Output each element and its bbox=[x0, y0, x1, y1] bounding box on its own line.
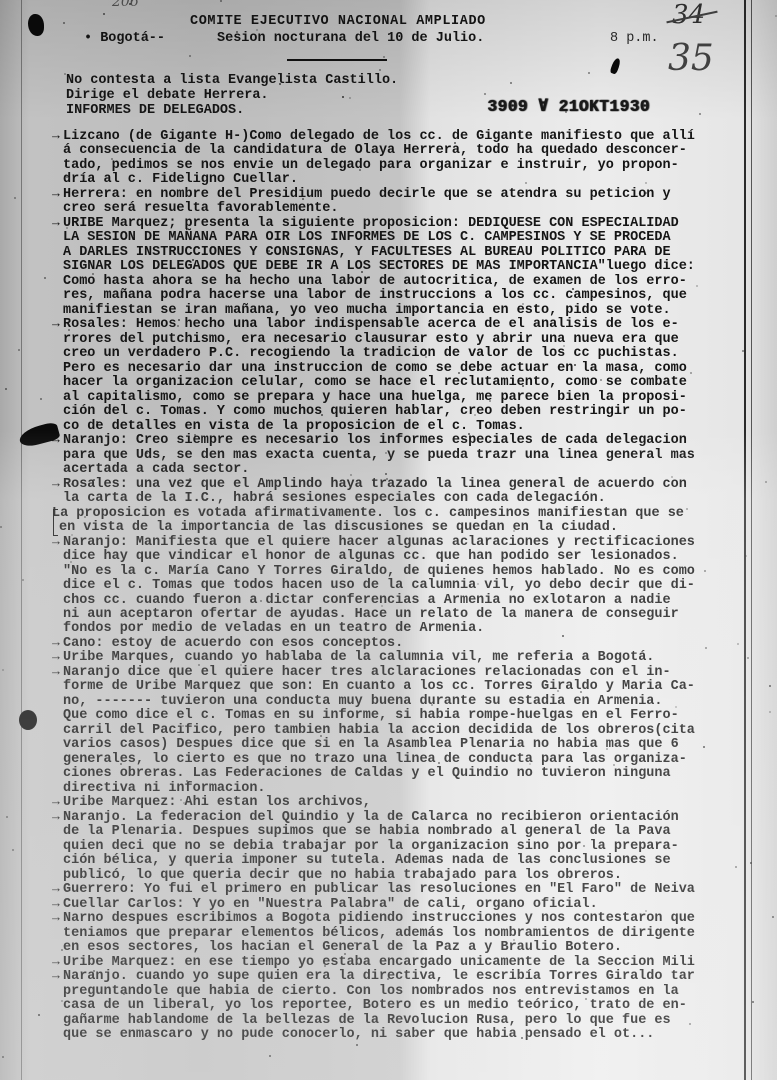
text-line: Rosales: Hemos hecho una labor indispens… bbox=[52, 318, 772, 332]
text-line: no, ------- tuvieron una conducta muy bu… bbox=[52, 695, 772, 709]
scan-speck bbox=[98, 786, 100, 788]
scan-speck bbox=[96, 421, 98, 423]
text-line: en esos sectores, los hacian el General … bbox=[52, 941, 772, 955]
scan-speck bbox=[645, 192, 647, 194]
arrow-marker-icon: → bbox=[52, 795, 60, 809]
minutes-entry: →Naranjo: Creo siempre es necesario los … bbox=[52, 434, 772, 477]
text-line: Naranjo. La federacion del Quindio y la … bbox=[52, 811, 772, 825]
text-line: Uribe Marques, cuando yo hablaba de la c… bbox=[52, 651, 772, 665]
scan-speck bbox=[71, 483, 73, 485]
scan-speck bbox=[588, 72, 590, 74]
scan-speck bbox=[180, 799, 182, 801]
text-line: en vista de la importancia de las discus… bbox=[52, 521, 772, 535]
scan-speck bbox=[66, 176, 68, 178]
scan-speck bbox=[109, 408, 111, 410]
minutes-body: →Lizcano (de Gigante H-)Como delegado de… bbox=[52, 130, 772, 1043]
text-line: co de detalles en vista de la proposicio… bbox=[52, 420, 772, 434]
minutes-entry: →Rosales: una vez que el Amplindo haya t… bbox=[52, 478, 772, 507]
arrow-marker-icon: → bbox=[52, 911, 60, 925]
scan-speck bbox=[357, 934, 359, 936]
text-line: preguntandole que habia de cierto. Con l… bbox=[52, 985, 772, 999]
scan-speck bbox=[63, 22, 65, 24]
scan-speck bbox=[12, 849, 14, 851]
text-line: Narno despues escribimos a Bogota pidien… bbox=[52, 912, 772, 926]
scan-speck bbox=[435, 526, 437, 528]
scan-speck bbox=[64, 73, 66, 75]
scan-speck bbox=[611, 987, 613, 989]
scan-speck bbox=[513, 530, 515, 532]
scan-speck bbox=[0, 526, 2, 528]
document-city: • Bogotá-- bbox=[84, 31, 165, 46]
scan-speck bbox=[671, 476, 673, 478]
scan-speck bbox=[737, 643, 739, 645]
text-line: de la Plenaria. Despues supimos que se h… bbox=[52, 825, 772, 839]
title-rule bbox=[287, 59, 387, 61]
scan-speck bbox=[220, 0, 222, 2]
minutes-entry: →Guerrero: Yo fui el primero en publicar… bbox=[52, 883, 772, 897]
scan-speck bbox=[123, 993, 125, 995]
text-line: que se enmascaro y no pude conocerlo, ni… bbox=[52, 1028, 772, 1042]
text-line: Cuellar Carlos: Y yo en "Nuestra Palabra… bbox=[52, 898, 772, 912]
scan-speck bbox=[507, 146, 509, 148]
scan-speck bbox=[214, 380, 216, 382]
scan-speck bbox=[322, 537, 324, 539]
minutes-entry: →Naranjo: Manifiesta que el quiere hacer… bbox=[52, 536, 772, 637]
scan-speck bbox=[71, 534, 73, 536]
scan-speck bbox=[192, 259, 194, 261]
scan-speck bbox=[103, 13, 105, 15]
arrow-marker-icon: → bbox=[52, 535, 60, 549]
scan-speck bbox=[580, 691, 582, 693]
minutes-entry: →Naranjo. cuando yo supe quien era la di… bbox=[52, 970, 772, 1042]
scan-speck bbox=[93, 970, 95, 972]
scan-speck bbox=[747, 657, 749, 659]
text-line: al capitalismo, como se prepara y hace u… bbox=[52, 391, 772, 405]
text-line: res, mañana podra hacerse una labor de i… bbox=[52, 289, 772, 303]
text-line: Lizcano (de Gigante H-)Como delegado de … bbox=[52, 130, 772, 144]
scan-speck bbox=[321, 414, 323, 416]
scan-speck bbox=[557, 690, 559, 692]
punch-hole bbox=[19, 710, 37, 730]
scan-speck bbox=[87, 354, 89, 356]
scan-speck bbox=[189, 55, 191, 57]
document-time: 8 p.m. bbox=[610, 31, 659, 46]
scan-speck bbox=[385, 452, 387, 454]
minutes-entry: →Naranjo dice que el quiere hacer tres a… bbox=[52, 666, 772, 796]
text-line: SIGNAR LOS DELEGADOS QUE DEBE IR A LOS S… bbox=[52, 260, 772, 274]
scan-speck bbox=[431, 704, 433, 706]
arrow-marker-icon: → bbox=[52, 665, 60, 679]
scan-speck bbox=[183, 802, 185, 804]
text-line: Como hasta ahora se ha hecho una labor d… bbox=[52, 275, 772, 289]
scan-speck bbox=[66, 227, 68, 229]
text-line: "No es la c. María Cano Y Torres Giraldo… bbox=[52, 565, 772, 579]
scan-speck bbox=[2, 1056, 4, 1058]
prelude-line: INFORMES DE DELEGADOS. bbox=[66, 103, 398, 118]
scan-speck bbox=[236, 31, 238, 33]
scan-speck bbox=[61, 949, 63, 951]
scan-speck bbox=[382, 248, 384, 250]
text-line: LA SESION DE MAÑANA PARA OIR LOS INFORME… bbox=[52, 231, 772, 245]
arrow-marker-icon: → bbox=[52, 969, 60, 983]
scan-speck bbox=[349, 97, 351, 99]
minutes-entry: →Uribe Marques, cuando yo hablaba de la … bbox=[52, 651, 772, 665]
text-line: manifiestan se iran mañana, yo veo mucha… bbox=[52, 304, 772, 318]
scan-speck bbox=[132, 859, 134, 861]
scan-speck bbox=[129, 3, 131, 5]
arrow-marker-icon: → bbox=[52, 433, 60, 447]
text-line: creo un verdadero P.C. recogiendo la tra… bbox=[52, 347, 772, 361]
scan-speck bbox=[563, 345, 565, 347]
handwritten-page-number: 35 bbox=[668, 38, 714, 79]
minutes-entry: →Narno despues escribimos a Bogota pidie… bbox=[52, 912, 772, 955]
scan-speck bbox=[194, 434, 196, 436]
scan-speck bbox=[120, 763, 122, 765]
text-line: Naranjo: Creo siempre es necesario los i… bbox=[52, 434, 772, 448]
scan-speck bbox=[513, 939, 515, 941]
scan-speck bbox=[413, 570, 415, 572]
scan-speck bbox=[18, 349, 20, 351]
scan-speck bbox=[675, 706, 677, 708]
text-line: Naranjo dice que el quiere hacer tres al… bbox=[52, 666, 772, 680]
text-line: ción del c. Tomas. Y como muchos quieren… bbox=[52, 405, 772, 419]
scan-speck bbox=[572, 288, 574, 290]
scan-speck bbox=[70, 561, 72, 563]
scan-speck bbox=[769, 711, 771, 713]
scan-speck bbox=[562, 635, 564, 637]
scan-speck bbox=[585, 998, 587, 1000]
scan-speck bbox=[442, 986, 444, 988]
scan-speck bbox=[320, 337, 322, 339]
scan-speck bbox=[529, 763, 531, 765]
scan-speck bbox=[474, 414, 476, 416]
scan-speck bbox=[576, 492, 578, 494]
scan-speck bbox=[177, 325, 179, 327]
arrow-marker-icon: → bbox=[52, 810, 60, 824]
scan-speck bbox=[178, 319, 180, 321]
text-line: ni aun aceptaron ofertar de ayudas. Hace… bbox=[52, 608, 772, 622]
text-line: quien deci que no se debia trabajar por … bbox=[52, 840, 772, 854]
scan-speck bbox=[357, 557, 359, 559]
minutes-entry: →URIBE Marquez; presenta la siguiente pr… bbox=[52, 217, 772, 318]
scan-speck bbox=[279, 83, 281, 85]
scan-speck bbox=[583, 845, 585, 847]
scan-speck bbox=[341, 407, 343, 409]
scan-speck bbox=[477, 583, 479, 585]
text-line: Naranjo: Manifiesta que el quiere hacer … bbox=[52, 536, 772, 550]
scan-speck bbox=[92, 273, 94, 275]
scan-speck bbox=[260, 600, 262, 602]
scan-speck bbox=[189, 478, 191, 480]
scan-speck bbox=[364, 135, 366, 137]
arrow-marker-icon: → bbox=[52, 636, 60, 650]
handwritten-note: 206 bbox=[112, 0, 139, 10]
scan-speck bbox=[302, 198, 304, 200]
text-line: Que como dice el c. Tomas en su informe,… bbox=[52, 709, 772, 723]
text-line: ción bélica, y queria imponer su tutela.… bbox=[52, 854, 772, 868]
scan-speck bbox=[742, 350, 744, 352]
text-line: dice hay que vindicar el honor de alguna… bbox=[52, 550, 772, 564]
scan-speck bbox=[458, 372, 460, 374]
scan-speck bbox=[106, 177, 108, 179]
scan-speck bbox=[703, 746, 705, 748]
text-line: hacer la organizacion celular, como se h… bbox=[52, 376, 772, 390]
scan-speck bbox=[6, 816, 8, 818]
text-line: Pero es necesario dar una instruccion de… bbox=[52, 362, 772, 376]
scan-speck bbox=[522, 385, 524, 387]
minutes-entry: →Naranjo. La federacion del Quindio y la… bbox=[52, 811, 772, 883]
scan-speck bbox=[689, 1023, 691, 1025]
scan-speck bbox=[354, 942, 356, 944]
scan-speck bbox=[176, 610, 178, 612]
text-line: A DARLES INSTRUCCIONES Y CONSIGNAS, Y FA… bbox=[52, 246, 772, 260]
scan-speck bbox=[22, 579, 24, 581]
arrow-marker-icon: → bbox=[52, 187, 60, 201]
document-title: COMITE EJECUTIVO NACIONAL AMPLIADO bbox=[190, 14, 486, 29]
text-line: Cano: estoy de acuerdo con esos concepto… bbox=[52, 637, 772, 651]
prelude-line: No contesta a lista Evangelista Castillo… bbox=[66, 73, 398, 88]
prelude: No contesta a lista Evangelista Castillo… bbox=[66, 73, 398, 118]
text-line: Naranjo. cuando yo supe quien era la dir… bbox=[52, 970, 772, 984]
scan-speck bbox=[752, 1001, 754, 1003]
scan-speck bbox=[735, 866, 737, 868]
scan-speck bbox=[510, 82, 512, 84]
scan-speck bbox=[385, 473, 387, 475]
scan-speck bbox=[699, 113, 701, 115]
text-line: gañarme hablandome de la bellezas de la … bbox=[52, 1014, 772, 1028]
arrow-marker-icon: → bbox=[52, 216, 60, 230]
scan-speck bbox=[525, 182, 527, 184]
scan-speck bbox=[210, 827, 212, 829]
minutes-entry: →Lizcano (de Gigante H-)Como delegado de… bbox=[52, 130, 772, 188]
scan-speck bbox=[772, 916, 774, 918]
scan-speck bbox=[44, 277, 46, 279]
scan-speck bbox=[522, 303, 524, 305]
text-line: creo será resuelta favorablemente. bbox=[52, 202, 772, 216]
scan-speck bbox=[387, 978, 389, 980]
scan-speck bbox=[359, 169, 361, 171]
text-line: generales, lo cierto es que no trazo una… bbox=[52, 753, 772, 767]
arrow-marker-icon: → bbox=[52, 897, 60, 911]
scan-speck bbox=[69, 380, 71, 382]
arrow-marker-icon: → bbox=[52, 477, 60, 491]
scan-speck bbox=[342, 96, 344, 98]
scan-speck bbox=[186, 780, 188, 782]
text-line: tado, pedimos se nos envie un delegado p… bbox=[52, 159, 772, 173]
scan-speck bbox=[342, 81, 344, 83]
text-line: carril del Pacifico, pero tambien habia … bbox=[52, 724, 772, 738]
scan-speck bbox=[690, 372, 692, 374]
arrow-marker-icon: → bbox=[52, 882, 60, 896]
scan-speck bbox=[182, 725, 184, 727]
scan-speck bbox=[190, 131, 192, 133]
scan-speck bbox=[319, 307, 321, 309]
scan-speck bbox=[600, 379, 602, 381]
scan-speck bbox=[574, 364, 576, 366]
text-line: directiva ni informacion. bbox=[52, 782, 772, 796]
ink-blot bbox=[28, 14, 44, 36]
scan-speck bbox=[361, 271, 363, 273]
bracket-marker-icon bbox=[53, 509, 58, 536]
scan-speck bbox=[111, 158, 113, 160]
text-line: á consecuencia de la candidatura de Olay… bbox=[52, 144, 772, 158]
scan-speck bbox=[705, 647, 707, 649]
scan-speck bbox=[438, 762, 440, 764]
scan-speck bbox=[356, 1044, 358, 1046]
scan-speck bbox=[84, 516, 86, 518]
scan-speck bbox=[686, 508, 688, 510]
scan-speck bbox=[240, 262, 242, 264]
scan-speck bbox=[256, 29, 258, 31]
scan-speck bbox=[38, 1014, 40, 1016]
text-line: rrores del putchismo, era necesario clau… bbox=[52, 333, 772, 347]
text-line: forme de Uribe Marquez que son: En cuant… bbox=[52, 680, 772, 694]
scan-speck bbox=[344, 953, 346, 955]
scan-speck bbox=[645, 182, 647, 184]
text-line: ciones obreras. Las Federaciones de Cald… bbox=[52, 767, 772, 781]
text-line: la carta de la I.C., habrá sesiones espe… bbox=[52, 492, 772, 506]
scan-speck bbox=[240, 664, 242, 666]
minutes-entry: →Herrera: en nombre del Presidium puedo … bbox=[52, 188, 772, 217]
scan-speck bbox=[769, 685, 771, 687]
text-line: Guerrero: Yo fui el primero en publicar … bbox=[52, 883, 772, 897]
scan-speck bbox=[410, 340, 412, 342]
text-line: varios casos) Despues dice que si en la … bbox=[52, 738, 772, 752]
arrow-marker-icon: → bbox=[52, 650, 60, 664]
scan-speck bbox=[381, 605, 383, 607]
scan-speck bbox=[704, 570, 706, 572]
scan-speck bbox=[40, 398, 42, 400]
text-line: Rosales: una vez que el Amplindo haya tr… bbox=[52, 478, 772, 492]
scan-speck bbox=[269, 1055, 271, 1057]
scan-speck bbox=[268, 250, 270, 252]
scan-speck bbox=[386, 478, 388, 480]
scan-speck bbox=[379, 69, 381, 71]
text-line: publicó, lo que queria decir que no habi… bbox=[52, 869, 772, 883]
scan-speck bbox=[383, 56, 385, 58]
text-line: dice el c. Tomas que todos hacen uso de … bbox=[52, 579, 772, 593]
scan-speck bbox=[645, 910, 647, 912]
text-line: teniamos que preparar elementos bélicos,… bbox=[52, 927, 772, 941]
scan-speck bbox=[613, 764, 615, 766]
scan-speck bbox=[68, 329, 70, 331]
scan-speck bbox=[320, 735, 322, 737]
ink-blot bbox=[609, 57, 621, 74]
scan-speck bbox=[146, 452, 148, 454]
text-line: Uribe Marquez: en ese tiempo yo estaba e… bbox=[52, 956, 772, 970]
scan-speck bbox=[93, 479, 95, 481]
text-line: acertada a cada sector. bbox=[52, 463, 772, 477]
scan-speck bbox=[61, 1000, 63, 1002]
scan-speck bbox=[696, 285, 698, 287]
scan-speck bbox=[5, 388, 7, 390]
scan-speck bbox=[565, 111, 567, 113]
minutes-entry: →Rosales: Hemos hecho una labor indispen… bbox=[52, 318, 772, 434]
scan-speck bbox=[307, 908, 309, 910]
text-line: para que Uds, se den mas exacta cuenta, … bbox=[52, 449, 772, 463]
scan-speck bbox=[350, 474, 352, 476]
scan-speck bbox=[425, 356, 427, 358]
scan-speck bbox=[577, 569, 579, 571]
scan-speck bbox=[14, 197, 16, 199]
minutes-entry: →Cuellar Carlos: Y yo en "Nuestra Palabr… bbox=[52, 898, 772, 912]
scan-speck bbox=[745, 555, 747, 557]
minutes-entry: →Uribe Marquez: en ese tiempo yo estaba … bbox=[52, 956, 772, 970]
scan-speck bbox=[167, 425, 169, 427]
scan-speck bbox=[484, 93, 486, 95]
text-line: casa de un liberal, yo los reportee, Bot… bbox=[52, 999, 772, 1013]
prelude-line: Dirige el debate Herrera. bbox=[66, 88, 398, 103]
text-line: fondos por medio de veladas en un teatro… bbox=[52, 622, 772, 636]
text-line: dría al c. Fideligno Cuellar. bbox=[52, 173, 772, 187]
scan-speck bbox=[606, 748, 608, 750]
scanned-document-page: 206 34 35 COMITE EJECUTIVO NACIONAL AMPL… bbox=[0, 0, 777, 1080]
text-line: Uribe Marquez: Ahi estan los archivos, bbox=[52, 796, 772, 810]
scan-speck bbox=[544, 827, 546, 829]
text-line: chos cc. cuando fueron a dictar conferen… bbox=[52, 594, 772, 608]
archive-stamp: 3909 Ɐ 21OKT1930 bbox=[487, 96, 650, 117]
scan-speck bbox=[521, 1037, 523, 1039]
minutes-entry: →Uribe Marquez: Ahi estan los archivos, bbox=[52, 796, 772, 810]
scan-speck bbox=[750, 862, 752, 864]
arrow-marker-icon: → bbox=[52, 129, 60, 143]
minutes-entry: →Cano: estoy de acuerdo con esos concept… bbox=[52, 637, 772, 651]
scan-speck bbox=[173, 421, 175, 423]
scan-speck bbox=[468, 433, 470, 435]
arrow-marker-icon: → bbox=[52, 317, 60, 331]
scan-speck bbox=[765, 481, 767, 483]
scan-speck bbox=[2, 669, 4, 671]
text-line: La proposicion es votada afirmativamente… bbox=[52, 507, 772, 521]
scan-speck bbox=[442, 232, 444, 234]
scan-speck bbox=[324, 965, 326, 967]
arrow-marker-icon: → bbox=[52, 955, 60, 969]
scan-speck bbox=[454, 142, 456, 144]
text-line: Herrera: en nombre del Presidium puedo d… bbox=[52, 188, 772, 202]
margin-line bbox=[21, 0, 22, 1080]
minutes-entry: La proposicion es votada afirmativamente… bbox=[52, 507, 772, 536]
handwritten-page-number-crossed: 34 bbox=[672, 0, 705, 30]
scan-speck bbox=[198, 664, 200, 666]
document-session: Sesion nocturana del 10 de Julio. bbox=[217, 31, 484, 46]
scan-speck bbox=[489, 400, 491, 402]
